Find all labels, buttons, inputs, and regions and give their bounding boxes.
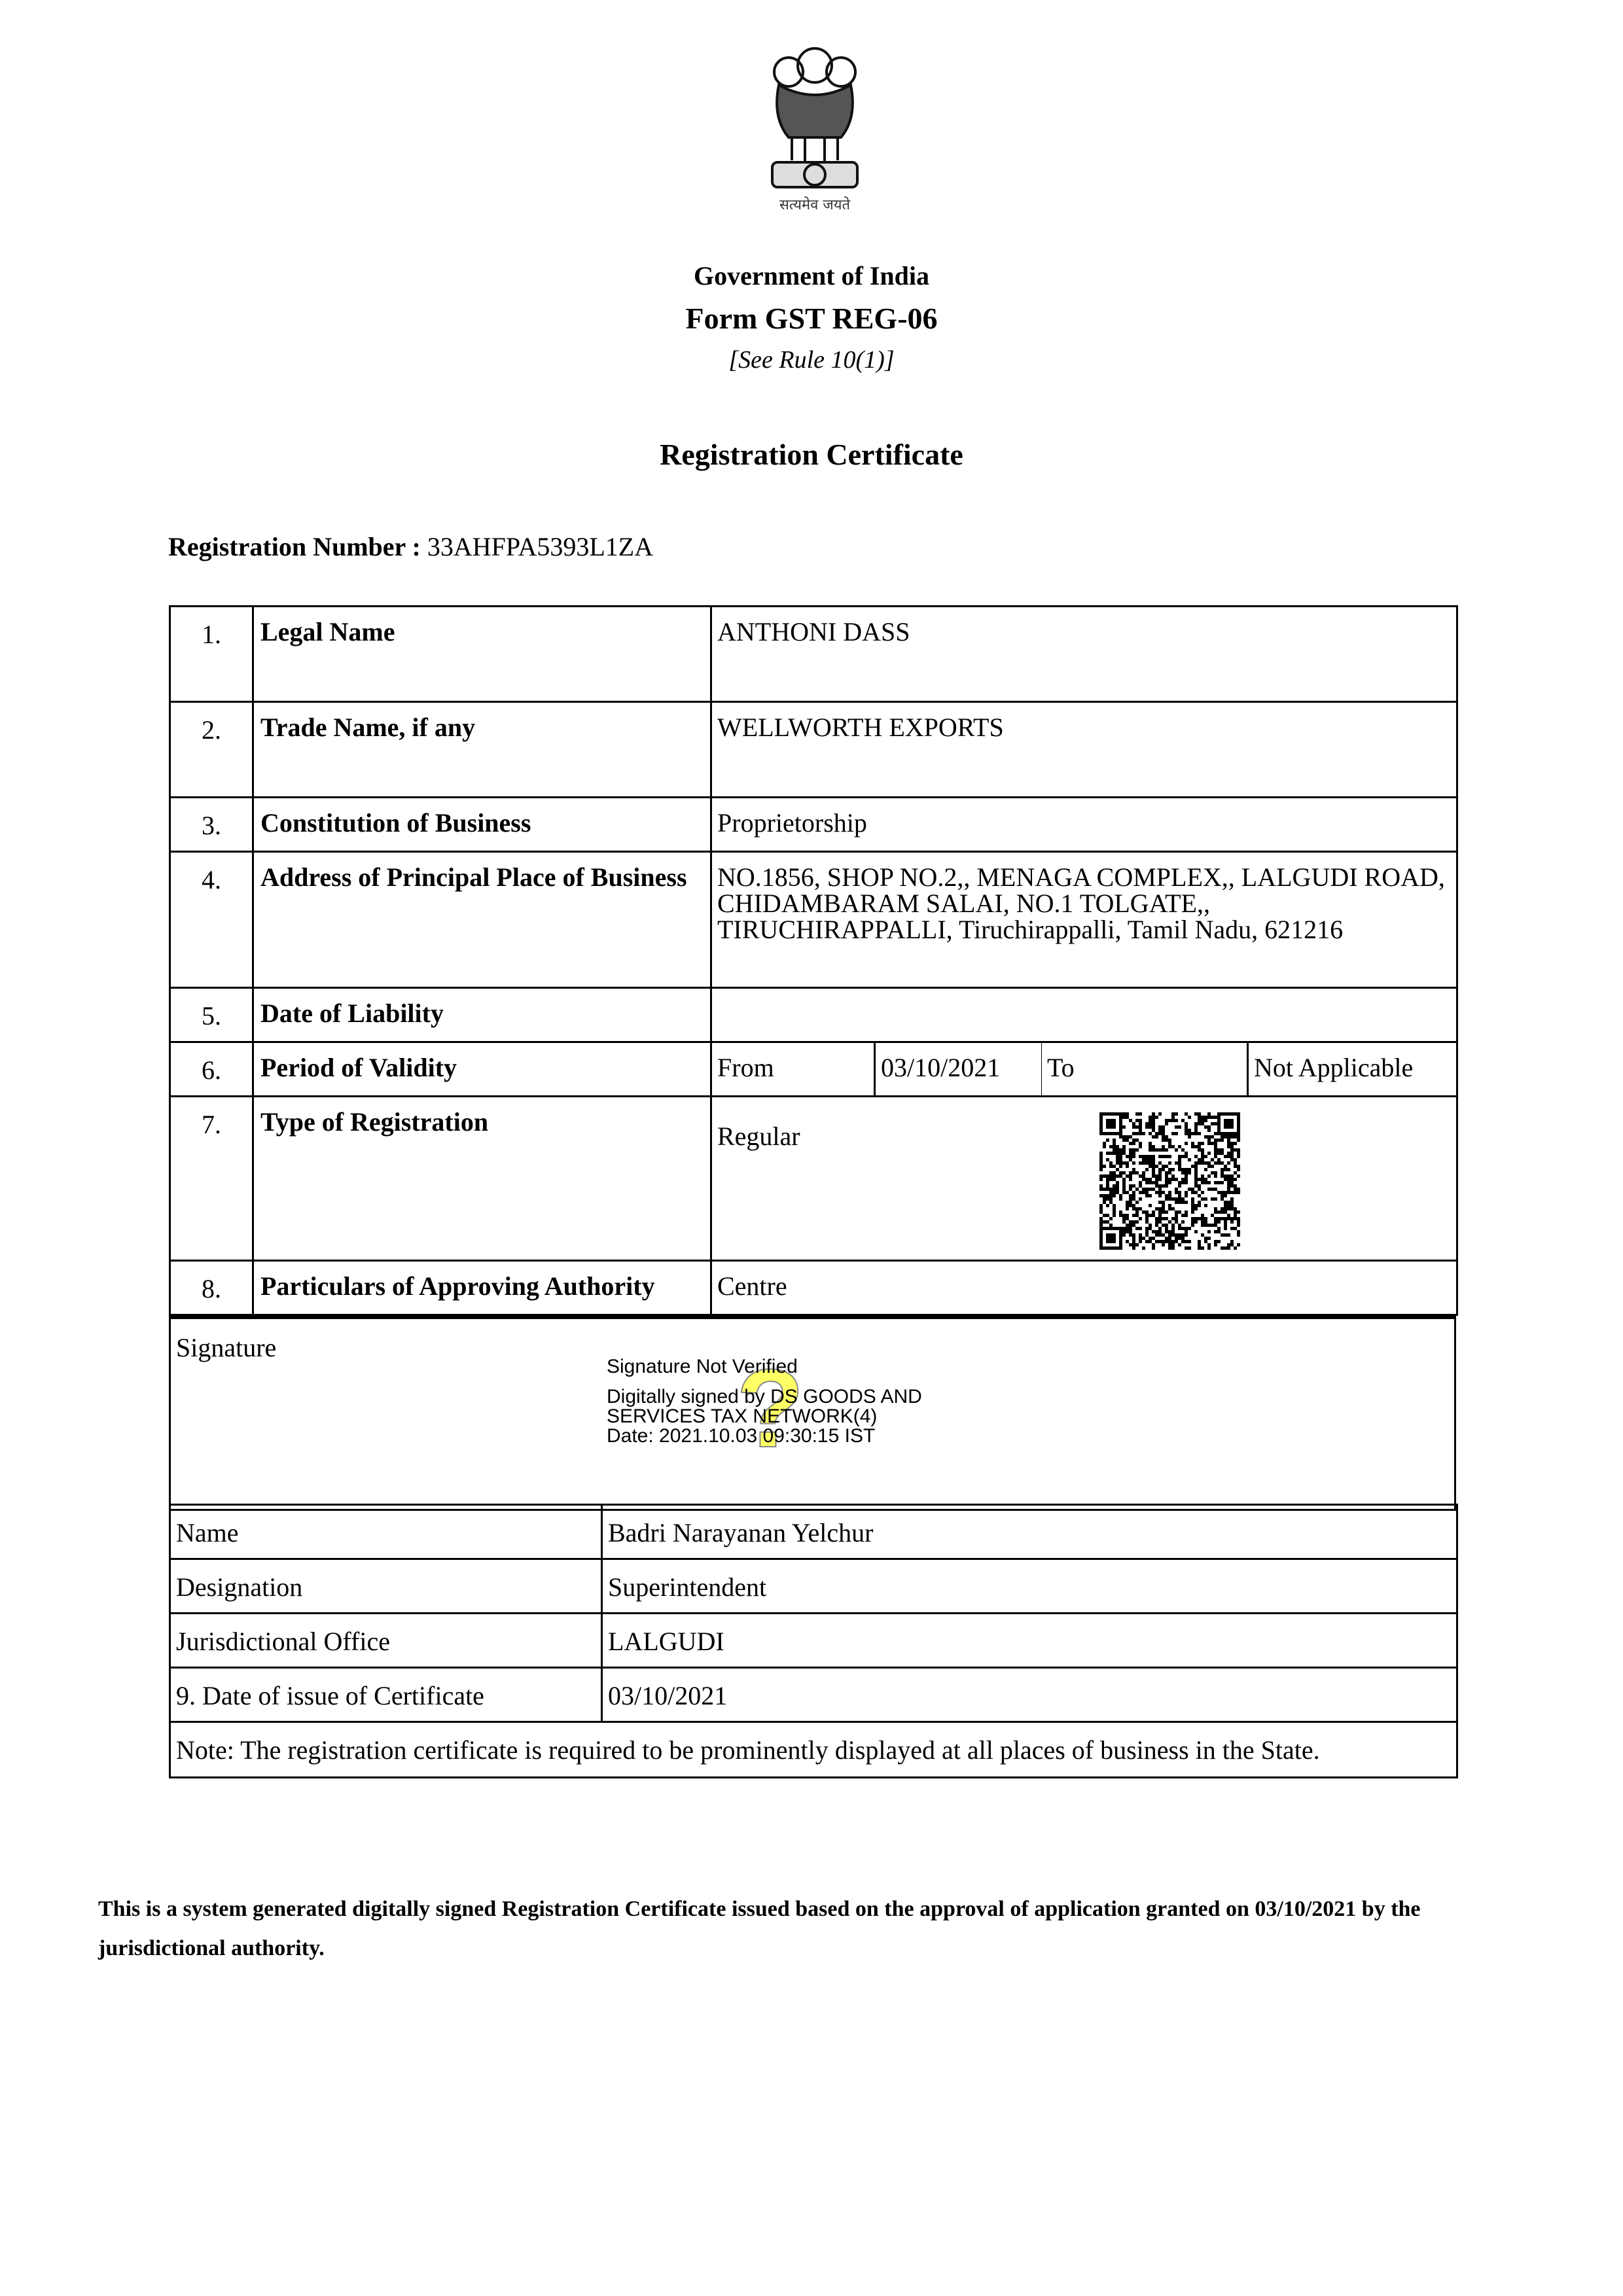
registration-number-label: Registration Number : (168, 532, 421, 561)
table-row: 6. Period of Validity From 03/10/2021 To… (170, 1042, 1457, 1097)
form-title: Form GST REG-06 (0, 301, 1623, 336)
registration-number-value: 33AHFPA5393L1ZA (427, 532, 653, 561)
signed-by-line-2: SERVICES TAX NETWORK(4) (607, 1407, 922, 1426)
date-of-liability-label: Date of Liability (253, 988, 711, 1042)
table-row: Jurisdictional Office LALGUDI (170, 1614, 1457, 1668)
authority-table: Name Badri Narayanan Yelchur Designation… (169, 1504, 1458, 1778)
display-note: Note: The registration certificate is re… (170, 1722, 1457, 1778)
date-of-issue-value: 03/10/2021 (602, 1668, 1457, 1722)
authority-name-label: Name (170, 1505, 602, 1559)
government-heading: Government of India (0, 260, 1623, 291)
constitution-label: Constitution of Business (253, 798, 711, 852)
table-row: 5. Date of Liability (170, 988, 1457, 1042)
table-row: 4. Address of Principal Place of Busines… (170, 852, 1457, 988)
validity-to-value: Not Applicable (1248, 1042, 1457, 1097)
signature-date: Date: 2021.10.03 09:30:15 IST (607, 1426, 922, 1446)
table-row: 2. Trade Name, if any WELLWORTH EXPORTS (170, 702, 1457, 798)
table-row: 7. Type of Registration Regular (170, 1097, 1457, 1261)
system-generated-footer: This is a system generated digitally sig… (98, 1890, 1531, 1968)
qr-code-icon (1099, 1112, 1240, 1250)
address-value: NO.1856, SHOP NO.2,, MENAGA COMPLEX,, LA… (711, 852, 1457, 988)
validity-from-value: 03/10/2021 (875, 1042, 1042, 1097)
designation-label: Designation (170, 1559, 602, 1614)
table-row: Name Badri Narayanan Yelchur (170, 1505, 1457, 1559)
row-number: 7. (170, 1097, 253, 1261)
registration-number: Registration Number : 33AHFPA5393L1ZA (168, 531, 653, 562)
row-number: 2. (170, 702, 253, 798)
authority-name-value: Badri Narayanan Yelchur (602, 1505, 1457, 1559)
table-row: 8. Particulars of Approving Authority Ce… (170, 1261, 1457, 1315)
signature-status: Signature Not Verified (607, 1357, 922, 1377)
row-number: 3. (170, 798, 253, 852)
table-row: 3. Constitution of Business Proprietorsh… (170, 798, 1457, 852)
signature-label: Signature (176, 1332, 276, 1363)
digital-signature-stamp: Signature Not Verified Digitally signed … (607, 1357, 922, 1446)
validity-to-label: To (1042, 1042, 1248, 1097)
trade-name-value: WELLWORTH EXPORTS (711, 702, 1457, 798)
approving-authority-value: Centre (711, 1261, 1457, 1315)
designation-value: Superintendent (602, 1559, 1457, 1614)
signature-block: Signature ? Signature Not Verified Digit… (169, 1316, 1456, 1511)
svg-text:सत्यमेव जयते: सत्यमेव जयते (779, 196, 850, 213)
signed-by-line-1: Digitally signed by DS GOODS AND (607, 1387, 922, 1407)
certificate-title: Registration Certificate (0, 437, 1623, 472)
approving-authority-label: Particulars of Approving Authority (253, 1261, 711, 1315)
table-row: 9. Date of issue of Certificate 03/10/20… (170, 1668, 1457, 1722)
row-number: 4. (170, 852, 253, 988)
registration-details-table: 1. Legal Name ANTHONI DASS 2. Trade Name… (169, 605, 1458, 1316)
table-row: 1. Legal Name ANTHONI DASS (170, 607, 1457, 702)
constitution-value: Proprietorship (711, 798, 1457, 852)
type-of-registration-value: Regular (711, 1097, 1457, 1261)
table-row: Note: The registration certificate is re… (170, 1722, 1457, 1778)
trade-name-label: Trade Name, if any (253, 702, 711, 798)
row-number: 6. (170, 1042, 253, 1097)
legal-name-label: Legal Name (253, 607, 711, 702)
row-number: 5. (170, 988, 253, 1042)
type-of-registration-label: Type of Registration (253, 1097, 711, 1261)
address-label: Address of Principal Place of Business (253, 852, 711, 988)
date-of-liability-value (711, 988, 1457, 1042)
row-number: 1. (170, 607, 253, 702)
state-emblem-icon: सत्यमेव जयते (753, 46, 877, 216)
jurisdictional-office-label: Jurisdictional Office (170, 1614, 602, 1668)
legal-name-value: ANTHONI DASS (711, 607, 1457, 702)
row-number: 8. (170, 1261, 253, 1315)
validity-from-label: From (711, 1042, 875, 1097)
jurisdictional-office-value: LALGUDI (602, 1614, 1457, 1668)
period-of-validity-label: Period of Validity (253, 1042, 711, 1097)
rule-reference: [See Rule 10(1)] (0, 345, 1623, 374)
table-row: Designation Superintendent (170, 1559, 1457, 1614)
date-of-issue-label: 9. Date of issue of Certificate (170, 1668, 602, 1722)
